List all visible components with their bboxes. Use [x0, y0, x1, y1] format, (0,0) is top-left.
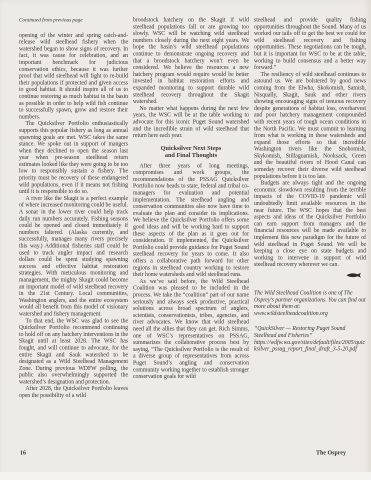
column-middle: broodstock hatchery on the Skagit if wil…: [133, 17, 249, 399]
paragraph: No matter what happens during the next f…: [133, 105, 249, 139]
magazine-page: Continued from previous page opening of …: [0, 0, 371, 480]
scan-bottom-edge: [0, 472, 371, 480]
paragraph: steelhead and provide quality fishing op…: [254, 17, 366, 71]
fish-icon: [346, 272, 363, 278]
paragraph: As we’ve said before, the Wild Steelhead…: [133, 278, 249, 380]
column-left: Continued from previous page opening of …: [19, 17, 128, 399]
continued-from-label: Continued from previous page: [19, 17, 128, 24]
article-columns: Continued from previous page opening of …: [0, 0, 371, 399]
paragraph: Budgets are always tight and the ongoing…: [254, 180, 366, 268]
paragraph: The Quicksilver Portfolio enthusiastical…: [19, 121, 128, 196]
article-end-marker: [254, 272, 363, 279]
citation-title: “QuickSilver — Restoring Puget Sound Ste…: [254, 326, 366, 340]
column-right: steelhead and provide quality fishing op…: [254, 17, 366, 399]
paragraph: A river like the Skagit is a perfect exa…: [19, 195, 128, 317]
paragraph: After three years of long meetings, comp…: [133, 163, 249, 279]
partner-note: The Wild Steelhead Coalition is one of T…: [254, 290, 366, 317]
page-number: 16: [20, 449, 26, 457]
paragraph: broodstock hatchery on the Skagit if wil…: [133, 17, 249, 105]
paragraph: After 2028, the Quicksilver Portfolio le…: [19, 386, 128, 400]
section-heading: Quicksilver Next Steps and Final Thought…: [133, 144, 249, 158]
journal-name-footer: The Osprey: [316, 449, 346, 457]
section-heading-line2: and Final Thoughts: [165, 151, 217, 158]
paragraph: The resiliency of wild steelhead continu…: [254, 71, 366, 180]
section-heading-line1: Quicksilver Next Steps: [161, 144, 222, 151]
citation: “QuickSilver — Restoring Puget Sound Ste…: [254, 326, 366, 353]
citation-url: https://wdfw.wa.gov/sites/default/files/…: [254, 339, 366, 353]
paragraph: opening of the winter and spring catch-a…: [19, 32, 128, 120]
paragraph: To that end, the WSC was glad to see the…: [19, 318, 128, 386]
